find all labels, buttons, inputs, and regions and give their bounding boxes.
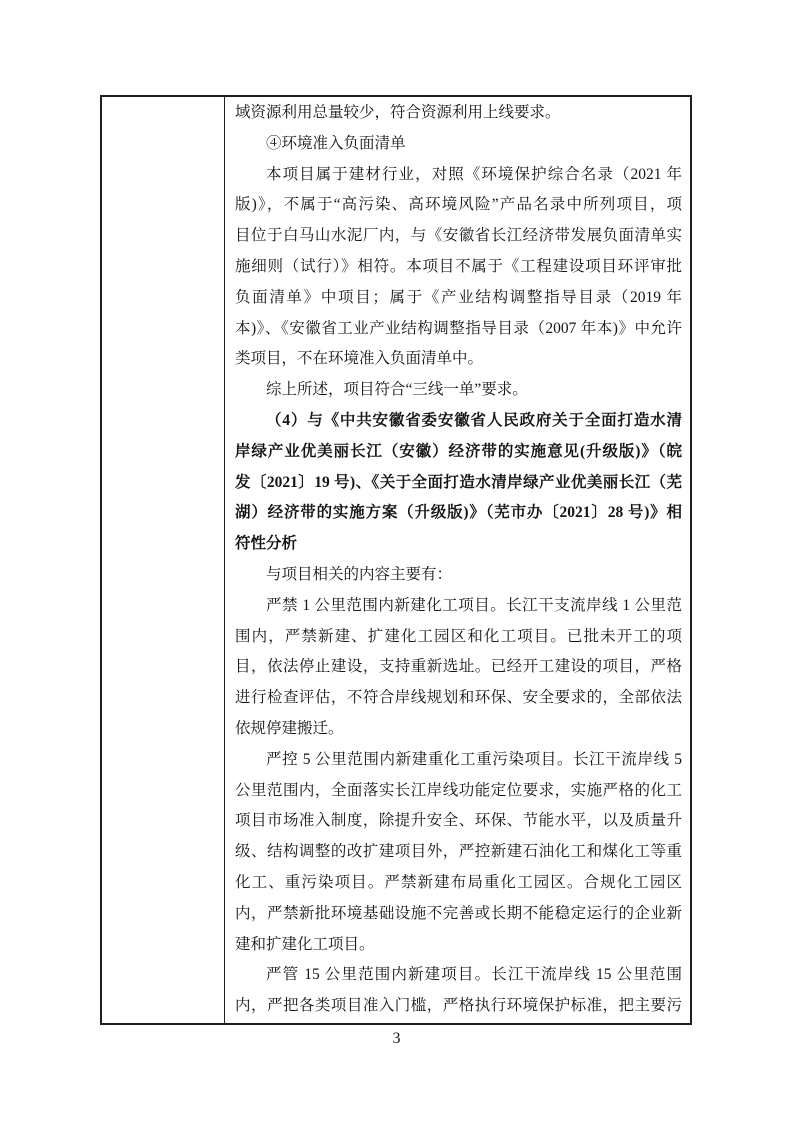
text-line: 施细则（试行）》相符。本项目不属于《工程建设项目环评审批 [235, 252, 682, 283]
text-line: 进行检查评估，不符合岸线规划和环保、安全要求的，全部依法 [235, 683, 682, 714]
text-line: 与项目相关的内容主要有： [235, 560, 682, 591]
text-line: 类项目，不在环境准入负面清单中。 [235, 344, 682, 375]
text-line: （4）与《中共安徽省委安徽省人民政府关于全面打造水清 [235, 406, 682, 437]
text-line: 化工、重污染项目。严禁新建布局重化工园区。合规化工园区 [235, 868, 682, 899]
text-line: 依规停建搬迁。 [235, 714, 682, 745]
text-line: 级、结构调整的改扩建项目外，严控新建石油化工和煤化工等重 [235, 837, 682, 868]
text-line: 综上所述，项目符合“三线一单”要求。 [235, 375, 682, 406]
text-line: 符性分析 [235, 529, 682, 560]
text-line: 严禁 1 公里范围内新建化工项目。长江干支流岸线 1 公里范 [235, 591, 682, 622]
table-text-cell: 域资源利用总量较少，符合资源利用上线要求。④环境准入负面清单本项目属于建材行业，… [225, 97, 690, 1023]
text-line: 严管 15 公里范围内新建项目。长江干流岸线 15 公里范围 [235, 960, 682, 991]
text-line: 项目市场准入制度，除提升安全、环保、节能水平，以及质量升 [235, 806, 682, 837]
text-line: 内，严把各类项目准入门槛，严格执行环境保护标准，把主要污 [235, 991, 682, 1022]
text-line: 围内，严禁新建、扩建化工园区和化工项目。已批未开工的项 [235, 622, 682, 653]
text-line: 严控 5 公里范围内新建重化工重污染项目。长江干流岸线 5 [235, 745, 682, 776]
text-line: 本项目属于建材行业，对照《环境保护综合名录（2021 年 [235, 160, 682, 191]
text-line: 公里范围内，全面落实长江岸线功能定位要求，实施严格的化工 [235, 776, 682, 807]
text-line: 内，严禁新批环境基础设施不完善或长期不能稳定运行的企业新 [235, 899, 682, 930]
text-line: 湖）经济带的实施方案（升级版)》（芜市办〔2021〕28 号)》相 [235, 498, 682, 529]
text-line: 负面清单》中项目；属于《产业结构调整指导目录（2019 年 [235, 283, 682, 314]
report-table: 域资源利用总量较少，符合资源利用上线要求。④环境准入负面清单本项目属于建材行业，… [100, 95, 692, 1025]
text-line: 本)》、《安徽省工业产业结构调整指导目录（2007 年本)》中允许 [235, 314, 682, 345]
text-line: ④环境准入负面清单 [235, 129, 682, 160]
table-left-cell [102, 97, 225, 1023]
text-line: 发〔2021〕19 号)、《关于全面打造水清岸绿产业优美丽长江（芜 [235, 468, 682, 499]
text-line: 建和扩建化工项目。 [235, 930, 682, 961]
document-page: 域资源利用总量较少，符合资源利用上线要求。④环境准入负面清单本项目属于建材行业，… [0, 0, 793, 1122]
text-line: 目位于白马山水泥厂内，与《安徽省长江经济带发展负面清单实 [235, 221, 682, 252]
text-line: 域资源利用总量较少，符合资源利用上线要求。 [235, 98, 682, 129]
text-line: 版)》，不属于“高污染、高环境风险”产品名录中所列项目，项 [235, 190, 682, 221]
text-line: 目，依法停止建设，支持重新选址。已经开工建设的项目，严格 [235, 652, 682, 683]
page-number: 3 [0, 1030, 793, 1048]
text-line: 岸绿产业优美丽长江（安徽）经济带的实施意见(升级版)》（皖 [235, 437, 682, 468]
